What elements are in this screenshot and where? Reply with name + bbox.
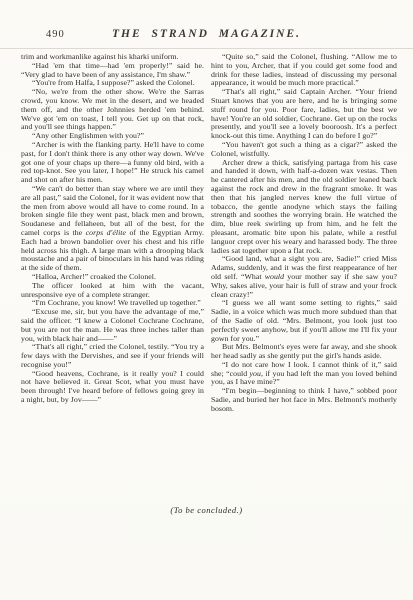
body-text: But Mrs. Belmont's eyes were far away, a… xyxy=(211,342,397,360)
body-text: “Quite so,” said the Colonel, flushing. … xyxy=(211,52,397,87)
body-text: “Archer is with the flanking party. He'l… xyxy=(21,140,204,184)
italic-text: you xyxy=(250,369,261,378)
paragraph: “No, we're from the other show. We're th… xyxy=(21,88,204,132)
paragraph: “That's all right,” said Captain Archer.… xyxy=(211,88,397,141)
body-text: “Any other Englishmen with you?” xyxy=(32,131,144,140)
body-text: “Excuse me, sir, but you have the advant… xyxy=(21,307,204,342)
body-text: Archer drew a thick, satisfying partaga … xyxy=(211,158,397,255)
body-text: “That's all right,” cried the Colonel, t… xyxy=(21,342,204,369)
body-text: “Halloa, Archer!” croaked the Colonel. xyxy=(32,272,156,281)
body-text: The officer looked at him with the vacan… xyxy=(21,281,204,299)
paragraph: “Had 'em that time—had 'em properly!” sa… xyxy=(21,62,204,80)
magazine-page: 490 THE STRAND MAGAZINE. trim and workma… xyxy=(0,0,413,600)
paragraph: Archer drew a thick, satisfying partaga … xyxy=(211,159,397,256)
paragraph: “That's all right,” cried the Colonel, t… xyxy=(21,343,204,369)
body-text: “I guess we all want some setting to rig… xyxy=(211,298,397,342)
body-text: “I'm begin—beginning to think I have,” s… xyxy=(211,386,397,413)
paragraph: “Excuse me, sir, but you have the advant… xyxy=(21,308,204,343)
paragraph: “Archer is with the flanking party. He'l… xyxy=(21,141,204,185)
italic-text: would xyxy=(265,272,284,281)
page-title: THE STRAND MAGAZINE. xyxy=(0,28,413,40)
paragraph: “I guess we all want some setting to rig… xyxy=(211,299,397,343)
text-columns: trim and workmanlike against his kharki … xyxy=(21,53,397,414)
body-text: trim and workmanlike against his kharki … xyxy=(21,52,179,61)
paragraph: But Mrs. Belmont's eyes were far away, a… xyxy=(211,343,397,361)
body-text: “No, we're from the other show. We're th… xyxy=(21,87,204,131)
header-rule xyxy=(0,48,413,49)
paragraph: “I'm begin—beginning to think I have,” s… xyxy=(211,387,397,413)
italic-text: corps d'élite xyxy=(86,228,126,237)
body-text: “Good heavens, Cochrane, is it really yo… xyxy=(21,369,204,404)
paragraph: “Quite so,” said the Colonel, flushing. … xyxy=(211,53,397,88)
body-text: “Had 'em that time—had 'em properly!” sa… xyxy=(21,61,204,79)
paragraph: “I do not care how I look. I cannot thin… xyxy=(211,361,397,387)
body-text: “That's all right,” said Captain Archer.… xyxy=(211,87,397,140)
paragraph: “Good heavens, Cochrane, is it really yo… xyxy=(21,370,204,405)
paragraph: “You haven't got such a thing as a cigar… xyxy=(211,141,397,159)
right-column: “Quite so,” said the Colonel, flushing. … xyxy=(211,53,397,414)
paragraph: The officer looked at him with the vacan… xyxy=(21,282,204,300)
left-column: trim and workmanlike against his kharki … xyxy=(21,53,204,414)
body-text: “I'm Cochrane, you know! We travelled up… xyxy=(32,298,201,307)
paragraph: “Good land, what a sight you are, Sadie!… xyxy=(211,255,397,299)
paragraph: “We can't do better than stay where we a… xyxy=(21,185,204,273)
footer-note: (To be concluded.) xyxy=(0,505,413,515)
body-text: “You haven't got such a thing as a cigar… xyxy=(211,140,397,158)
body-text: “You're from Halfa, I suppose?” asked th… xyxy=(32,78,195,87)
